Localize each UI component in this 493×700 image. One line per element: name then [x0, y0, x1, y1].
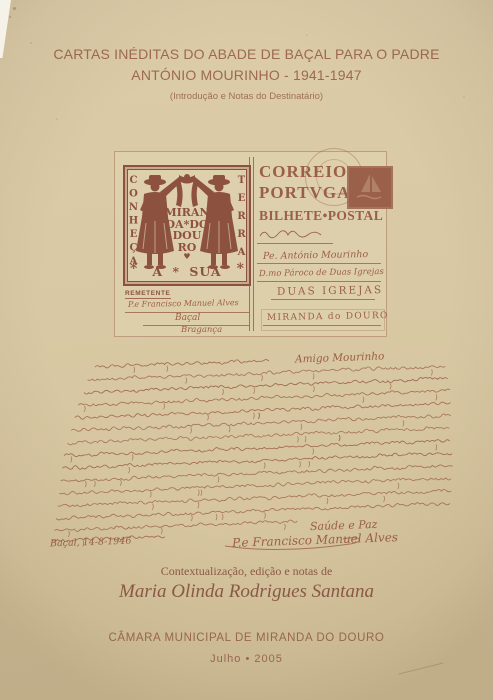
ruled-line: [257, 281, 381, 282]
postcard-image: CONHEÇA TERRA: [114, 151, 387, 337]
title-line-1: CARTAS INÉDITAS DO ABADE DE BAÇAL PARA O…: [0, 46, 493, 62]
remetente-label: REMETENTE: [125, 290, 171, 299]
sender-name-handwriting: P.e Francisco Manuel Alves: [128, 298, 239, 309]
letter-dateline: Baçal, 14-8-1946: [50, 536, 132, 550]
ruled-line: [257, 263, 381, 264]
postmark-city-handwriting: MIRANDA do DOURO: [267, 311, 389, 323]
ruled-line: [257, 243, 333, 244]
letter-salutation: Amigo Mourinho: [295, 350, 385, 365]
bilhete-postal-text: BILHETE•POSTAL: [259, 208, 383, 224]
title-line-2: ANTÓNIO MOURINHO - 1941-1947: [0, 67, 493, 83]
woodcut-center-text: MIRAN DA*DO DOU RO ♥: [125, 207, 249, 260]
sender-district-handwriting: Bragança: [181, 325, 222, 335]
subtitle: (Introdução e Notas do Destinatário): [0, 91, 493, 102]
postmark-icon: [316, 159, 352, 195]
star-icon: *: [130, 261, 137, 277]
publication-date: Julho • 2005: [0, 653, 493, 665]
woodcut-stamp: CONHEÇA TERRA: [123, 165, 251, 286]
ruled-line: [263, 325, 381, 326]
postcard-divider: [249, 157, 254, 331]
paper-speck: [13, 7, 16, 10]
woodcut-line: DOU: [125, 230, 249, 242]
woodcut-bottom-text: A * SUA: [125, 264, 249, 279]
woodcut-line: MIRAN: [125, 207, 249, 219]
address-scribble: [257, 226, 327, 242]
paper-speck: [30, 42, 32, 44]
letter-signature: P.e Francisco Manuel Alves: [232, 530, 398, 550]
sender-town-handwriting: Baçal: [175, 313, 200, 323]
star-icon: *: [237, 261, 244, 277]
publisher-name: CÂMARA MUNICIPAL DE MIRANDA DO DOURO: [0, 632, 493, 644]
ruled-line: [271, 299, 375, 300]
address-role-handwriting: D.mo Pároco de Duas Igrejas: [259, 267, 384, 279]
book-cover: CARTAS INÉDITAS DO ABADE DE BAÇAL PARA O…: [0, 0, 493, 700]
heart-icon: ♥: [125, 253, 249, 260]
paper-speck: [56, 118, 58, 120]
credits-line: Contextualização, edição e notas de: [0, 564, 493, 579]
author-name: Maria Olinda Rodrigues Santana: [0, 581, 493, 603]
address-town-handwriting: DUAS IGREJAS: [277, 284, 383, 298]
paper-speck: [306, 34, 308, 36]
paper-speck: [9, 16, 11, 18]
address-name-handwriting: Pe. António Mourinho: [263, 249, 368, 262]
